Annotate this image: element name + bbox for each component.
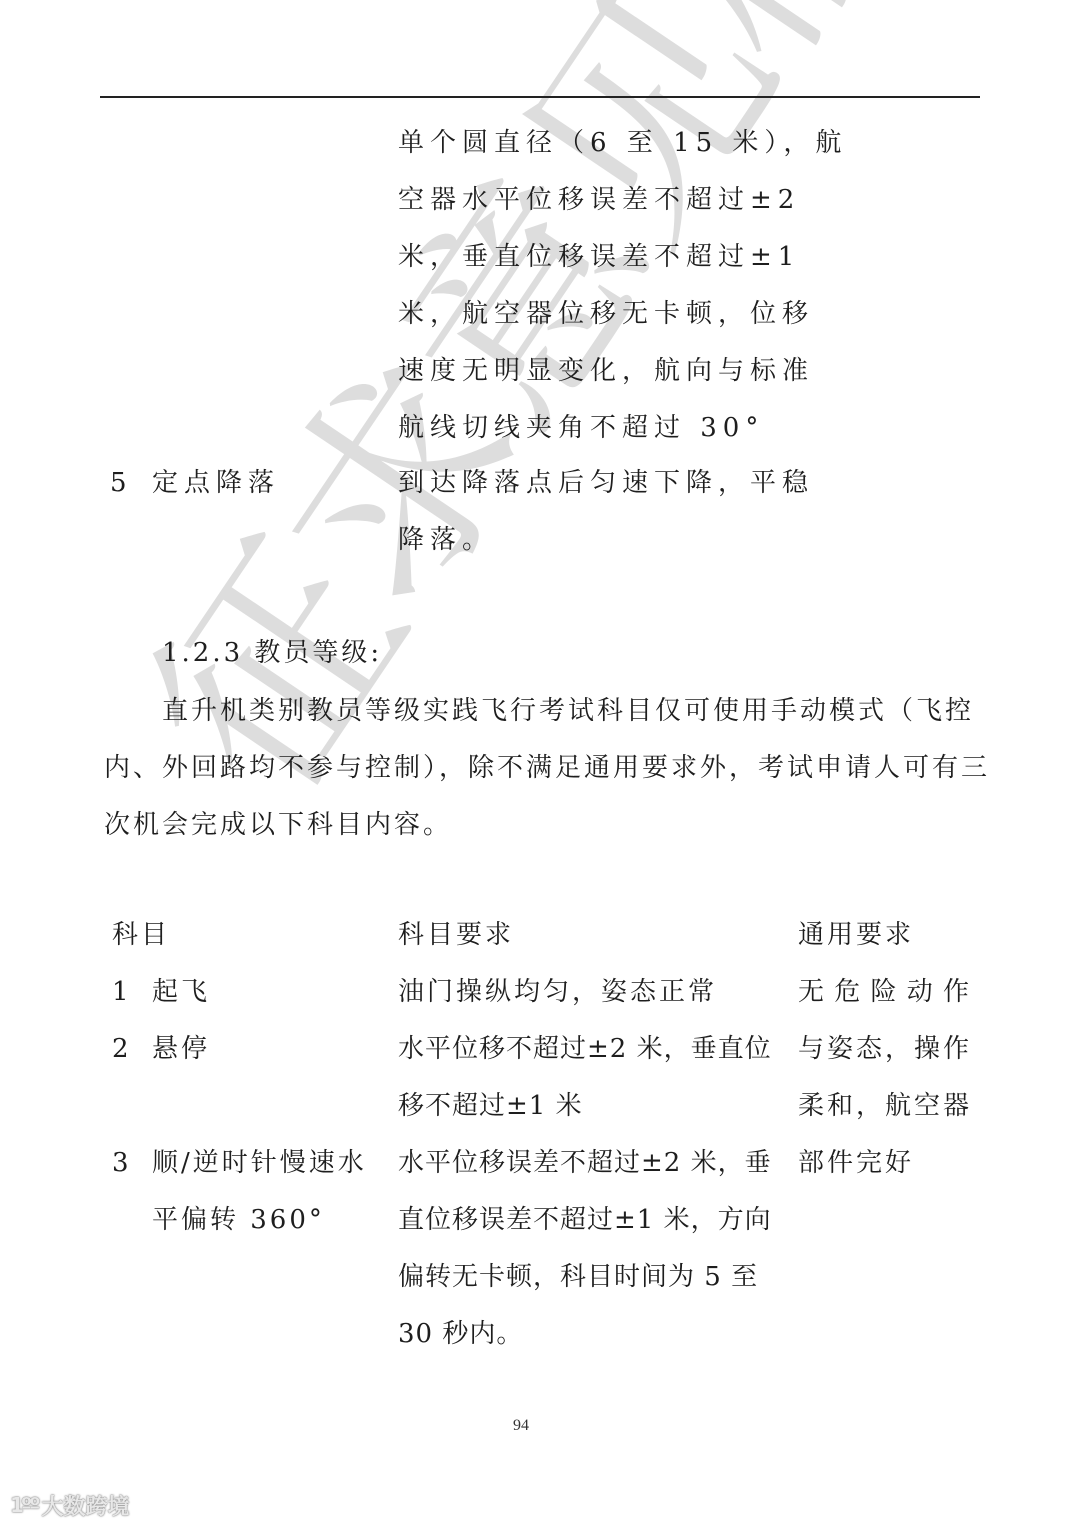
row-requirement: 30 秒内。 (398, 1319, 523, 1349)
column-header-general: 通用要求 (798, 920, 914, 950)
row-subject: 顺/逆时针慢速水 (152, 1148, 367, 1178)
column-header-subject: 科目 (112, 920, 170, 950)
row-number: 2 (112, 1034, 129, 1064)
row-number: 1 (112, 977, 129, 1007)
section-heading: 1.2.3 教员等级: (162, 638, 382, 668)
row-requirement: 油门操纵均匀，姿态正常 (398, 977, 717, 1007)
text-line: 速度无明显变化，航向与标准 (398, 356, 814, 386)
row-subject: 平偏转 360° (152, 1205, 325, 1235)
row-requirement: 水平位移不超过±2 米，垂直位 (398, 1034, 772, 1064)
row-subject: 起飞 (152, 977, 210, 1007)
text-line: 单个圆直径（6 至 15 米），航 (398, 128, 847, 158)
brand-logo-icon: 1ºº (10, 1493, 37, 1517)
text-line: 空器水平位移误差不超过±2 (398, 185, 800, 215)
row-subject: 悬停 (152, 1034, 210, 1064)
brand-name: 大数跨境 (41, 1490, 129, 1521)
general-line: 与姿态，操作 (798, 1034, 972, 1064)
general-line: 无 危 险 动 作 (798, 977, 970, 1007)
row-number: 3 (112, 1148, 129, 1178)
row-subject: 定点降落 (152, 468, 280, 498)
paragraph-line: 内、外回路均不参与控制），除不满足通用要求外，考试申请人可有三 (104, 753, 990, 783)
text-line: 米，垂直位移误差不超过±1 (398, 242, 800, 272)
page-number: 94 (513, 1417, 529, 1435)
text-line: 米，航空器位移无卡顿，位移 (398, 299, 814, 329)
column-header-requirement: 科目要求 (398, 920, 514, 950)
text-line: 到达降落点后匀速下降，平稳 (398, 468, 814, 498)
header-rule (100, 96, 980, 98)
general-line: 柔和，航空器 (798, 1091, 972, 1121)
text-line: 航线切线夹角不超过 30° (398, 413, 764, 443)
text-line: 降落。 (398, 525, 494, 555)
brand-watermark: 1ºº 大数跨境 (10, 1490, 130, 1520)
row-requirement: 移不超过±1 米 (398, 1091, 583, 1121)
row-requirement: 直位移误差不超过±1 米，方向 (398, 1205, 772, 1235)
paragraph-line: 直升机类别教员等级实践飞行考试科目仅可使用手动模式（飞控 (162, 696, 974, 726)
general-line: 部件完好 (798, 1148, 914, 1178)
row-requirement: 偏转无卡顿，科目时间为 5 至 (398, 1262, 758, 1292)
row-requirement: 水平位移误差不超过±2 米，垂 (398, 1148, 772, 1178)
row-number: 5 (110, 468, 127, 498)
paragraph-line: 次机会完成以下科目内容。 (104, 810, 452, 840)
